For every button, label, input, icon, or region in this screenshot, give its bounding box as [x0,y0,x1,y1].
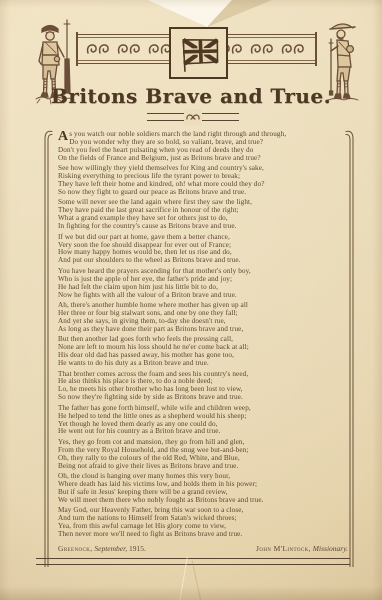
union-jack-icon [176,33,222,73]
poem-stanza: Some will never see the land again where… [58,199,346,231]
colophon: Greenock, September, 1915. John M'Lintoc… [58,544,348,553]
broadside-poster: Britons Brave and True. As you watch our… [0,0,382,600]
poem-line: On the fields of France and Belgium, jus… [58,155,346,163]
title-divider [147,113,239,121]
poem-line: So now they fight to guard our peace as … [58,189,346,197]
infantry-soldier-icon [30,15,80,125]
poem: As you watch our noble soldiers march th… [58,131,346,542]
poem-stanza: The father has gone forth himself, while… [58,405,346,437]
poem-line: So now they're fighting side by side as … [58,394,346,402]
left-soldier-illustration [30,15,80,125]
poem-line: And put our shoulders to the wheel as Br… [58,257,346,265]
frame-rule-left [42,127,54,567]
poem-line: We will meet them there who nobly fought… [58,497,346,505]
poem-stanza: You have heard the prayers ascending for… [58,268,346,300]
poem-line: He wants to do his duty as a Briton brav… [58,360,346,368]
scroll-ornament-icon [86,42,112,57]
year: 1915. [129,544,146,553]
poem-stanza: But then another lad goes forth who feel… [58,336,346,368]
place: Greenock, [58,544,93,553]
poem-line: Then never more we'll need to fight as B… [58,531,346,539]
author-role: Missionary. [313,544,348,553]
poem-stanza: Ah, there's another humble home where mo… [58,302,346,334]
bearded-soldier-icon [320,15,366,125]
poem-line: He went out for his country as a Briton … [58,428,346,436]
poem-stanza: If we but did our part at home, gave the… [58,234,346,266]
signature: John M'Lintock, Missionary. [256,544,348,553]
poem-stanza: May God, our Heavenly Father, bring this… [58,507,346,539]
leaf-ornament-icon [184,109,202,125]
poem-line: Being not afraid to give their lives as … [58,463,346,471]
flag-box [169,27,228,79]
poem-stanza: As you watch our noble soldiers march th… [58,131,346,163]
band-end-cap-right [315,32,317,66]
poem-stanza: Yes, they go from cot and mansion, they … [58,439,346,471]
poem-stanza: See how willingly they yield themselves … [58,165,346,197]
right-soldier-illustration [320,15,366,125]
scroll-ornament-icon [281,42,307,57]
scroll-ornament-icon [250,42,276,57]
poem-line: As long as they have done their part as … [58,326,346,334]
place-date: Greenock, September, 1915. [58,544,146,553]
scroll-ornaments-left [86,42,174,57]
poem-stanza: Oh, the cloud is hanging over many homes… [58,473,346,505]
poem-line: Now he fights with all the valour of a B… [58,292,346,300]
poem-stanza: That brother comes across the foam and s… [58,371,346,403]
author-name: John M'Lintock, [256,544,311,553]
poem-line: In fighting for the country's cause as B… [58,223,346,231]
scroll-ornaments-right [219,42,307,57]
scroll-ornament-icon [117,42,143,57]
page-title: Britons Brave and True. [0,84,382,108]
month: September, [94,544,127,553]
paper-crease [192,560,202,600]
